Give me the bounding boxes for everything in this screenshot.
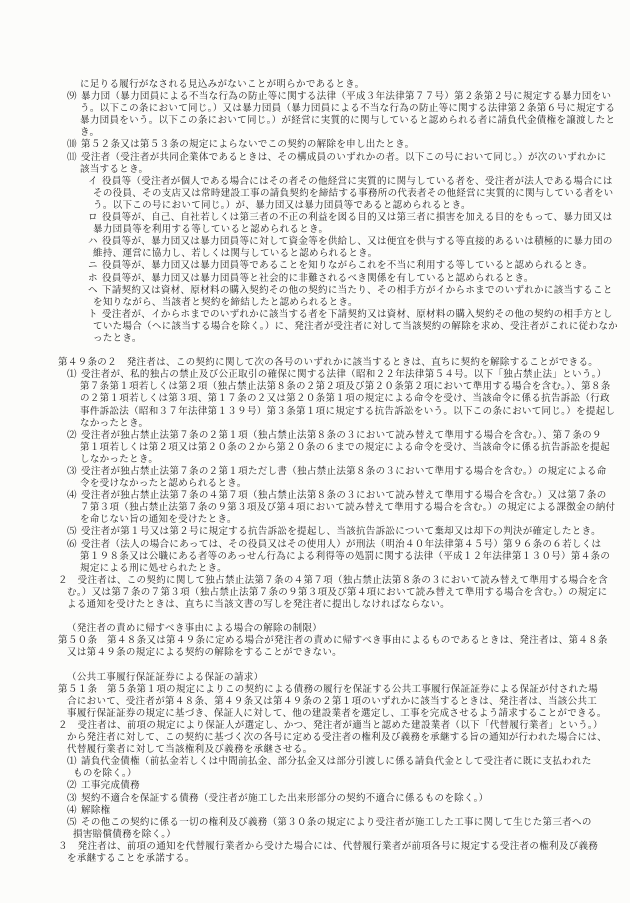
line-text: ７第３項（独占禁止法第７条の９第３項及び第４項において読み替えて準用する場合を含… <box>80 503 615 513</box>
line-text: 役員等が、暴力団又は暴力団員等に対して資金等を供給し、又は便宜を供与する等直接的… <box>102 237 613 247</box>
text-line: ２ 受注者は、この契約に関して独占禁止法第７条の４第７項（独占禁止法第８条の３に… <box>58 575 573 587</box>
text-line: 該当するとき。 <box>58 164 573 176</box>
line-text: 受注者が独占禁止法第７条の２第１項（独占禁止法第８条の３において読み替えて準用す… <box>81 431 602 441</box>
line-text: う。以下この号において同じ。）が、暴力団又は暴力団員等であると認められるとき。 <box>93 201 471 211</box>
text-line: ７第３項（独占禁止法第７条の９第３項及び第４項において読み替えて準用する場合を含… <box>58 502 573 514</box>
line-text: 第７条第１項若しくは第２項（独占禁止法第８条の２第２項及び第２０条第２項において… <box>80 382 611 392</box>
text-line: ⑴請負代金債権（前払金若しくは中間前払金、部分払金又は部分引渡しに係る請負代金と… <box>58 756 573 768</box>
line-text: 第１項若しくは第２項又は第２０条の２から第２０条の６までの規定による命令を受け、… <box>80 443 610 453</box>
item-marker: ⑶ <box>67 466 81 478</box>
line-text: 第４９条の２ 発注者は、この契約に関して次の各号のいずれかに該当するときは、直ち… <box>58 358 598 368</box>
line-text: 受注者が、私的独占の禁止及び公正取引の確保に関する法律（昭和２２年法律第５４号。… <box>81 370 607 380</box>
item-marker: ⑽ <box>67 139 81 151</box>
text-line: 代替履行業者に対して当該権利及び義務を承継させる。 <box>58 744 573 756</box>
line-text: しなかったとき。 <box>80 455 158 465</box>
item-marker: ⑵ <box>67 430 81 442</box>
text-line: 又は第４９条の規定による契約の解除をすることができない。 <box>58 647 573 659</box>
text-line: ⑾受注者（受注者が共同企業体であるときは、その構成員のいずれかの者。以下この号に… <box>58 152 573 164</box>
line-text: 請負代金債権（前払金若しくは中間前払金、部分払金又は部分引渡しに係る請負代金とし… <box>81 757 592 767</box>
line-text: に足りる履行がなされる見込みがないことが明らかであるとき。 <box>80 80 364 90</box>
line-text: 規定による刑に処せられたとき。 <box>80 564 227 574</box>
item-marker: ⑶ <box>67 793 81 805</box>
text-line: 事履行保証証券の規定に基づき、保証人に対して、他の建設業者を選定し、工事を完成さ… <box>58 708 573 720</box>
line-text: その役員、その支店又は常時建設工事の請負契約を締結する事務所の代表者その他経営に… <box>93 189 613 199</box>
line-text: 受注者が独占禁止法第７条の４第７項（独占禁止法第８条の３において読み替えて準用す… <box>81 491 607 501</box>
line-text: う。以下この条において同じ。）又は暴力団員（暴力団員による不当な行為の防止等に関… <box>80 104 615 114</box>
line-text: を承継することを承諾する。 <box>67 854 195 864</box>
line-text: 受注者（法人の場合にあっては、その役員又はその使用人）が刑法（明治４０年法律第４… <box>81 540 601 550</box>
text-line: よる通知を受けたときは、直ちに当該文書の写しを発注者に提出しなければならない。 <box>58 599 573 611</box>
text-line: 事件訴訟法（昭和３７年法律第１３９号）第３条第１項に規定する抗告訴訟をいう。以下… <box>58 406 573 418</box>
text-line: ⑽第５２条又は第５３条の規定によらないでこの契約の解除を申し出たとき。 <box>58 139 573 151</box>
line-text: 第５１条 第５条第１項の規定によりこの契約による債務の履行を保証する公共工事履行… <box>58 685 598 695</box>
line-text: 代替履行業者に対して当該権利及び義務を承継させる。 <box>67 745 313 755</box>
text-line: ⑷受注者が独占禁止法第７条の４第７項（独占禁止法第８条の３において読み替えて準用… <box>58 490 573 502</box>
line-text: 役員等（受注者が個人である場合にはその者その他経営に実質的に関与している者を、受… <box>102 177 613 187</box>
line-text: ていた場合（ヘに該当する場合を除く。）に、発注者が受注者に対して当該契約の解除を… <box>93 322 618 332</box>
item-marker: ト <box>88 309 102 321</box>
line-text: 暴力団員をいう。以下この条において同じ。）が経営に実質的に関与していると認められ… <box>80 116 615 126</box>
text-line: ⑼暴力団（暴力団員による不当な行為の防止等に関する法律（平成３年法律第７７号）第… <box>58 91 573 103</box>
text-line: ⑶契約不適合を保証する債務（受注者が施工した出来形部分の契約不適合に係るものを除… <box>58 793 573 805</box>
item-marker: ⑸ <box>67 817 81 829</box>
text-line: （公共工事履行保証証券による保証の請求） <box>58 672 573 684</box>
item-marker: ⑼ <box>67 91 81 103</box>
line-text: 損害賠償債務を除く。） <box>73 830 176 840</box>
line-text: を知りながら、当該者と契約を締結したと認められるとき。 <box>93 298 358 308</box>
text-line: 暴力団員をいう。以下この条において同じ。）が経営に実質的に関与していると認められ… <box>58 115 573 127</box>
line-text: 第５０条 第４８条又は第４９条に定める場合が発注者の責めに帰すべき事由によるもの… <box>58 636 608 646</box>
text-line: ものを除く。） <box>58 768 573 780</box>
text-line: 令を受けなかったと認められるとき。 <box>58 478 573 490</box>
item-marker: ⑴ <box>67 756 81 768</box>
line-text: 暴力団員等を利用する等していると認められるとき。 <box>93 225 328 235</box>
item-marker: ⑷ <box>67 490 81 502</box>
text-line: （発注者の責めに帰すべき事由による場合の解除の制限） <box>58 623 573 635</box>
item-marker: ⑹ <box>67 539 81 551</box>
text-line: 第１項若しくは第２項又は第２０条の２から第２０条の６までの規定による命令を受け、… <box>58 442 573 454</box>
line-text: 維持、運営に協力し、若しくは関与していると認められるとき。 <box>93 249 377 259</box>
text-line: ３ 発注者は、前項の通知を代替履行業者から受けた場合には、代替履行業者が前項各号… <box>58 841 573 853</box>
text-line: ⑷解除権 <box>58 805 573 817</box>
line-text: 役員等が、暴力団又は暴力団員等であることを知りながらこれを不当に利用する等してい… <box>102 261 593 271</box>
line-text: 事履行保証証券の規定に基づき、保証人に対して、他の建設業者を選定し、工事を完成さ… <box>67 709 607 719</box>
item-marker: ヘ <box>88 285 102 297</box>
line-text: （発注者の責めに帰すべき事由による場合の解除の制限） <box>67 624 322 634</box>
text-line: う。以下この条において同じ。）又は暴力団員（暴力団員による不当な行為の防止等に関… <box>58 103 573 115</box>
text-line: ⑹受注者（法人の場合にあっては、その役員又はその使用人）が刑法（明治４０年法律第… <box>58 539 573 551</box>
line-text: 役員等が、自己、自社若しくは第三者の不正の利益を図る目的又は第三者に損害を加える… <box>102 213 612 223</box>
text-line: の２第１項若しくは第３項、第１７条の２又は第２０条第１項の規定による命令を受け、… <box>58 393 573 405</box>
text-line: から発注者に対して、この契約に基づく次の各号に定める受注者の権利及び義務を承継す… <box>58 732 573 744</box>
text-line: 第７条第１項若しくは第２項（独占禁止法第８条の２第２項及び第２０条第２項において… <box>58 381 573 393</box>
text-line: ホ役員等が、暴力団又は暴力団員等と社会的に非難されるべき関係を有していると認めら… <box>58 273 573 285</box>
blank-line <box>58 345 573 357</box>
item-marker: ⑸ <box>67 526 81 538</box>
line-text: き。 <box>80 128 99 138</box>
text-line: ロ役員等が、自己、自社若しくは第三者の不正の利益を図る目的又は第三者に損害を加え… <box>58 212 573 224</box>
blank-line <box>58 660 573 672</box>
line-text: 第５２条又は第５３条の規定によらないでこの契約の解除を申し出たとき。 <box>81 140 415 150</box>
text-line: 第５１条 第５条第１項の規定によりこの契約による債務の履行を保証する公共工事履行… <box>58 684 573 696</box>
text-line: む。）又は第７条の７第３項（独占禁止法第７条の９第３項及び第４項において読み替え… <box>58 587 573 599</box>
line-text: 又は第４９条の規定による契約の解除をすることができない。 <box>67 648 342 658</box>
line-text: その他この契約に係る一切の権利及び義務（第３０条の規定により受注者が施工した工事… <box>81 818 592 828</box>
line-text: ったとき。 <box>93 334 142 344</box>
line-text: を命じない旨の通知を受けたとき。 <box>80 515 237 525</box>
text-line: 暴力団員等を利用する等していると認められるとき。 <box>58 224 573 236</box>
text-line: なかったとき。 <box>58 418 573 430</box>
text-line: ２ 受注者は、前項の規定により保証人が選定し、かつ、発注者が適当と認めた建設業者… <box>58 720 573 732</box>
text-line: ⑵受注者が独占禁止法第７条の２第１項（独占禁止法第８条の３において読み替えて準用… <box>58 430 573 442</box>
line-text: 下請契約又は資材、原材料の購入契約その他の契約に当たり、その相手方がイからホまで… <box>102 286 613 296</box>
document-page: に足りる履行がなされる見込みがないことが明らかであるとき。⑼暴力団（暴力団員によ… <box>0 0 630 903</box>
item-marker: イ <box>88 176 102 188</box>
blank-line <box>58 611 573 623</box>
item-marker: ロ <box>88 212 102 224</box>
text-line: う。以下この号において同じ。）が、暴力団又は暴力団員等であると認められるとき。 <box>58 200 573 212</box>
line-text: なかったとき。 <box>80 419 148 429</box>
text-line: その役員、その支店又は常時建設工事の請負契約を締結する事務所の代表者その他経営に… <box>58 188 573 200</box>
text-line: に足りる履行がなされる見込みがないことが明らかであるとき。 <box>58 79 573 91</box>
text-line: しなかったとき。 <box>58 454 573 466</box>
text-line: を命じない旨の通知を受けたとき。 <box>58 514 573 526</box>
item-marker: ニ <box>88 260 102 272</box>
item-marker: ⑷ <box>67 805 81 817</box>
line-text: 第１９８条又は公職にある者等のあっせん行為による利得等の処罰に関する法律（平成１… <box>80 552 610 562</box>
line-text: （公共工事履行保証証券による保証の請求） <box>67 673 263 683</box>
line-text: 受注者が第１号又は第２号に規定する抗告訴訟を提起し、当該抗告訴訟について棄却又は… <box>81 527 601 537</box>
text-line: ⑴受注者が、私的独占の禁止及び公正取引の確保に関する法律（昭和２２年法律第５４号… <box>58 369 573 381</box>
line-text: 受注者が、イからホまでのいずれかに該当する者を下請契約又は資材、原材料の購入契約… <box>102 310 613 320</box>
text-line: 損害賠償債務を除く。） <box>58 829 573 841</box>
text-line: 第５０条 第４８条又は第４９条に定める場合が発注者の責めに帰すべき事由によるもの… <box>58 635 573 647</box>
line-text: ものを除く。） <box>73 769 137 779</box>
item-marker: ⑾ <box>67 152 81 164</box>
item-marker: ホ <box>88 273 102 285</box>
line-text: 工事完成債務 <box>81 781 140 791</box>
line-text: ２ 受注者は、前項の規定により保証人が選定し、かつ、発注者が適当と認めた建設業者… <box>58 721 603 731</box>
line-text: 暴力団（暴力団員による不当な行為の防止等に関する法律（平成３年法律第７７号）第２… <box>81 92 611 102</box>
text-line: ⑸受注者が第１号又は第２号に規定する抗告訴訟を提起し、当該抗告訴訟について棄却又… <box>58 526 573 538</box>
text-line: き。 <box>58 127 573 139</box>
text-line: ⑸その他この契約に係る一切の権利及び義務（第３０条の規定により受注者が施工した工… <box>58 817 573 829</box>
document-body: に足りる履行がなされる見込みがないことが明らかであるとき。⑼暴力団（暴力団員によ… <box>58 79 573 865</box>
line-text: む。）又は第７条の７第３項（独占禁止法第７条の９第３項及び第４項において読み替え… <box>67 588 607 598</box>
text-line: ト受注者が、イからホまでのいずれかに該当する者を下請契約又は資材、原材料の購入契… <box>58 309 573 321</box>
text-line: 合において、受注者が第４８条、第４９条又は第４９条の２第１項のいずれかに該当する… <box>58 696 573 708</box>
line-text: 合において、受注者が第４８条、第４９条又は第４９条の２第１項のいずれかに該当する… <box>67 697 597 707</box>
line-text: よる通知を受けたときは、直ちに当該文書の写しを発注者に提出しなければならない。 <box>67 600 450 610</box>
text-line: ⑵工事完成債務 <box>58 780 573 792</box>
line-text: 契約不適合を保証する債務（受注者が施工した出来形部分の契約不適合に係るものを除く… <box>81 794 489 804</box>
line-text: の２第１項若しくは第３項、第１７条の２又は第２０条第１項の規定による命令を受け、… <box>80 394 610 404</box>
text-line: ていた場合（ヘに該当する場合を除く。）に、発注者が受注者に対して当該契約の解除を… <box>58 321 573 333</box>
text-line: 第４９条の２ 発注者は、この契約に関して次の各号のいずれかに該当するときは、直ち… <box>58 357 573 369</box>
text-line: を承継することを承諾する。 <box>58 853 573 865</box>
item-marker: ⑵ <box>67 780 81 792</box>
line-text: 受注者（受注者が共同企業体であるときは、その構成員のいずれかの者。以下この号にお… <box>81 153 607 163</box>
line-text: 受注者が独占禁止法第７条の２第１項ただし書（独占禁止法第８条の３において準用する… <box>81 467 607 477</box>
text-line: イ役員等（受注者が個人である場合にはその者その他経営に実質的に関与している者を、… <box>58 176 573 188</box>
line-text: 該当するとき。 <box>80 165 148 175</box>
line-text: 解除権 <box>81 806 110 816</box>
item-marker: ⑴ <box>67 369 81 381</box>
line-text: 令を受けなかったと認められるとき。 <box>80 479 247 489</box>
text-line: ⑶受注者が独占禁止法第７条の２第１項ただし書（独占禁止法第８条の３において準用す… <box>58 466 573 478</box>
text-line: ヘ下請契約又は資材、原材料の購入契約その他の契約に当たり、その相手方がイからホま… <box>58 285 573 297</box>
text-line: ったとき。 <box>58 333 573 345</box>
text-line: 第１９８条又は公職にある者等のあっせん行為による利得等の処罰に関する法律（平成１… <box>58 551 573 563</box>
text-line: ニ役員等が、暴力団又は暴力団員等であることを知りながらこれを不当に利用する等して… <box>58 260 573 272</box>
item-marker: ハ <box>88 236 102 248</box>
line-text: ２ 受注者は、この契約に関して独占禁止法第７条の４第７項（独占禁止法第８条の３に… <box>58 576 608 586</box>
line-text: 事件訴訟法（昭和３７年法律第１３９号）第３条第１項に規定する抗告訴訟をいう。以下… <box>80 407 615 417</box>
line-text: ３ 発注者は、前項の通知を代替履行業者から受けた場合には、代替履行業者が前項各号… <box>58 842 598 852</box>
text-line: ハ役員等が、暴力団又は暴力団員等に対して資金等を供給し、又は便宜を供与する等直接… <box>58 236 573 248</box>
line-text: 役員等が、暴力団又は暴力団員等と社会的に非難されるべき関係を有していると認められ… <box>102 274 534 284</box>
line-text: から発注者に対して、この契約に基づく次の各号に定める受注者の権利及び義務を承継す… <box>67 733 607 743</box>
text-line: 維持、運営に協力し、若しくは関与していると認められるとき。 <box>58 248 573 260</box>
text-line: を知りながら、当該者と契約を締結したと認められるとき。 <box>58 297 573 309</box>
text-line: 規定による刑に処せられたとき。 <box>58 563 573 575</box>
